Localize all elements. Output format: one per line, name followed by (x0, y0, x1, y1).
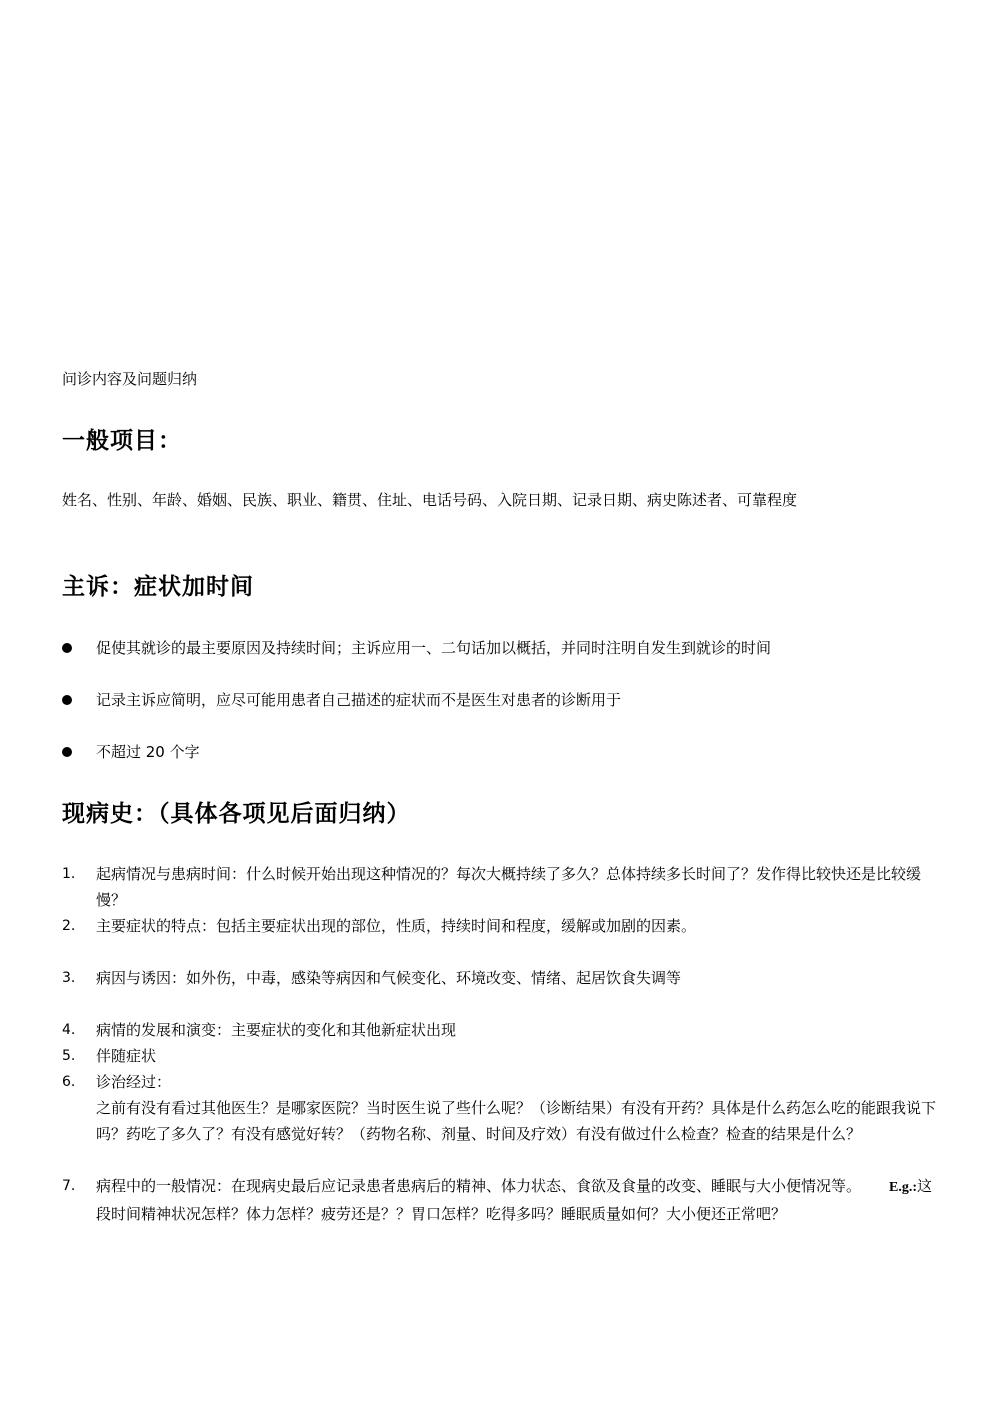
heading-chief-complaint: 主诉：症状加时间 (62, 572, 254, 602)
bullet-text: 促使其就诊的最主要原因及持续时间；主诉应用一、二句话加以概括，并同时注明自发生到… (96, 638, 771, 658)
bullet-dot-icon (62, 695, 72, 705)
item-text: 诊治经过： (96, 1069, 942, 1095)
general-items-list: 姓名、性别、年龄、婚姻、民族、职业、籍贯、住址、电话号码、入院日期、记录日期、病… (62, 490, 797, 510)
example-label: E.g.: (889, 1180, 917, 1195)
item-number: 7. (62, 1173, 92, 1199)
heading-general-items: 一般项目： (62, 426, 182, 456)
bullet-text: 不超过 20 个字 (96, 742, 200, 762)
item-number: 2. (62, 913, 92, 939)
item-number: 5. (62, 1043, 92, 1069)
item-content: 诊治经过： 之前有没有看过其他医生？是哪家医院？当时医生说了些什么呢？（诊断结果… (96, 1069, 942, 1147)
item-text: 病情的发展和演变：主要症状的变化和其他新症状出现 (96, 1017, 942, 1043)
item-number: 4. (62, 1017, 92, 1043)
item-number: 6. (62, 1069, 92, 1095)
item-number: 1. (62, 861, 92, 887)
bullet-dot-icon (62, 643, 72, 653)
bullet-text: 记录主诉应简明，应尽可能用患者自己描述的症状而不是医生对患者的诊断用于 (96, 690, 621, 710)
heading-present-illness: 现病史：（具体各项见后面归纳） (62, 799, 411, 829)
item-text: 伴随症状 (96, 1043, 942, 1069)
item-text: 病程中的一般情况：在现病史最后应记录患者患病后的精神、体力状态、食欲及食量的改变… (96, 1177, 861, 1195)
item-text: 起病情况与患病时间：什么时候开始出现这种情况的？每次大概持续了多久？总体持续多长… (96, 861, 942, 913)
document-page: 问诊内容及问题归纳 一般项目： 姓名、性别、年龄、婚姻、民族、职业、籍贯、住址、… (0, 0, 993, 1404)
item-text: 主要症状的特点：包括主要症状出现的部位，性质，持续时间和程度，缓解或加剧的因素。 (96, 913, 942, 939)
item-number: 3. (62, 965, 92, 991)
bullet-dot-icon (62, 747, 72, 757)
item-content: 病程中的一般情况：在现病史最后应记录患者患病后的精神、体力状态、食欲及食量的改变… (96, 1173, 942, 1227)
item-text: 病因与诱因：如外伤，中毒，感染等病因和气候变化、环境改变、情绪、起居饮食失调等 (96, 965, 942, 991)
document-title: 问诊内容及问题归纳 (62, 369, 197, 389)
item-detail: 之前有没有看过其他医生？是哪家医院？当时医生说了些什么呢？（诊断结果）有没有开药… (96, 1095, 942, 1147)
